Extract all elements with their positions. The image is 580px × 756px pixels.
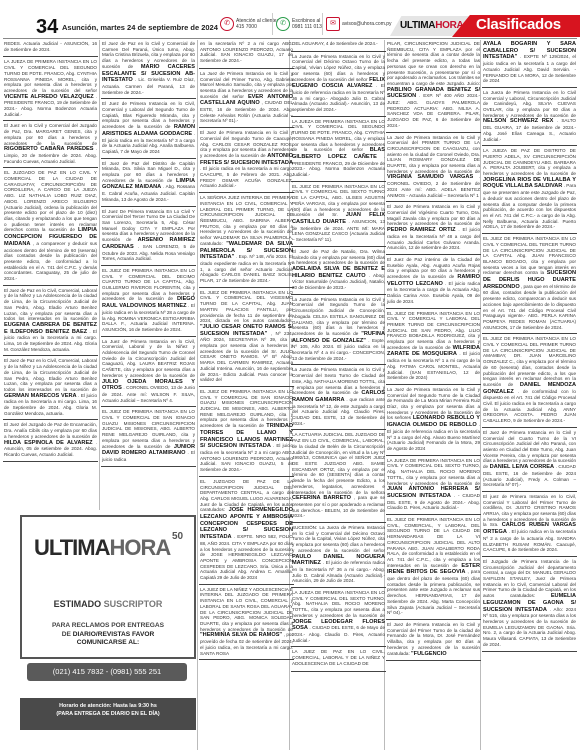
page-number: 34 bbox=[36, 16, 58, 39]
classified-ad: EL JUEZ DE PRIMERA INSTANCIA EN LO CIVIL… bbox=[101, 408, 196, 466]
classified-ad: El Juez de Paz en lo Civil, Comercial, L… bbox=[3, 287, 98, 357]
classified-ad: El Juez de Paz del Distrito de Capitán M… bbox=[101, 160, 196, 207]
classified-ad: La Juez de Primera Instancia en lo Civil… bbox=[386, 386, 481, 456]
ad-text: El Juez de Paz en lo Civil, Comercial, L… bbox=[4, 358, 97, 392]
classifieds-column-5: PILAR, CIRCUNSCRIPCION JUDICIAL DE ÑEEMB… bbox=[386, 40, 481, 662]
classified-ad: El Juez del Juzgado de Paz de Encarnació… bbox=[3, 421, 98, 461]
ad-text: EL JUEZ DE PRIMERA INSTANCIA EN LO CIVIL… bbox=[483, 336, 576, 387]
classified-ad: DEL AGUARAY, 4 de Setiembre de 2024.- bbox=[291, 40, 386, 52]
classified-ad: El Juez de Paz en lo Civil y Comercial d… bbox=[101, 40, 196, 99]
ad-text: SUCESIÓN: La Jueza de Primera Instancia … bbox=[292, 525, 385, 553]
ad-text: DEL AGUARAY, 4 de Setiembre de 2024.- bbox=[292, 41, 378, 46]
classifieds-column-3: en la secretaría Nº 2 a mi cargo ABG. AN… bbox=[199, 40, 294, 661]
subscriber-promo: ULTIMAHORA 50 ESTIMADO SUSCRIPTOR PARA R… bbox=[20, 515, 196, 659]
promo-body: PARA RECLAMOS POR ENTREGAS DE DIARIO/REV… bbox=[22, 622, 194, 648]
decedent-name: GERMAN MARECOS VERA bbox=[4, 393, 77, 399]
classifieds-column-2: El Juez de Paz en lo Civil y Comercial d… bbox=[101, 40, 196, 468]
column-divider bbox=[197, 40, 198, 750]
classified-ad: La Jueza de Primera Instancia en lo Civi… bbox=[291, 53, 386, 117]
classified-ad: AYALA BOGARIN Y SARA CABALLERO S/ SUCESI… bbox=[482, 40, 577, 88]
section-banner: Clasificados bbox=[452, 15, 580, 37]
classified-ad: LA JUEZA DE PAZ DE DISTRITO DE PUERTO AD… bbox=[482, 147, 577, 234]
decedent-name: VIRGINIA SAMUDIO VARGAS bbox=[387, 174, 473, 180]
ad-text: EL JUEZ DE PRIMERA INSTANCIA EN LO CIVIL… bbox=[387, 517, 480, 568]
ad-text: PILAR, CIRCUNSCRIPCION JUDICIAL DE ÑEEMB… bbox=[387, 41, 480, 86]
ad-text: . EXPTE. NRO 582, FOLIO 88, AÑO 2024. CI… bbox=[200, 534, 293, 580]
classified-ad: El Juez de Primera Instancia en lo Civil… bbox=[101, 100, 196, 158]
ad-text: El Juez en lo Civil y Comercial del Juzg… bbox=[4, 123, 97, 145]
classified-ad: LA JUEZA DE PRIMERA INSTANCIA EN LO CIVI… bbox=[3, 58, 98, 121]
decedent-name: EUGENIA CABRERA DE BENITEZ E ILDEFONSO B… bbox=[4, 322, 97, 335]
classifieds-column-1: REDES. Actuaria Judicial - ASUNCIÓN, 16 … bbox=[3, 40, 98, 463]
classifieds-column-4: DEL AGUARAY, 4 de Setiembre de 2024.- La… bbox=[291, 40, 386, 673]
classified-ad: La Juez de Primera Instancia en lo Civil… bbox=[386, 134, 481, 203]
ad-text: EL JUZGADO DE PAZ EN LO CIVIL Y COMERCIA… bbox=[4, 170, 97, 232]
classified-ad: El juez de Primera Instancia en lo Civil… bbox=[482, 493, 577, 557]
ad-text: LA JUEZA DE PRIMERA INSTANCIA EN LO CIVI… bbox=[4, 59, 97, 93]
classified-ad: La Jueza de Primera Instancia en lo Civi… bbox=[482, 89, 577, 146]
classified-ad: El Juez de Primera Instancia en lo Civil… bbox=[386, 203, 481, 255]
classified-ad: La Juez de Primera Instancia en lo Civil… bbox=[101, 338, 196, 408]
ad-text: LA JUEZA DE PAZ DE DISTRITO DE PUERTO AD… bbox=[483, 148, 576, 176]
decedent-name: PEDRO RAMIREZ ORTIZ bbox=[387, 227, 456, 233]
whatsapp-icon: ✆ bbox=[276, 17, 290, 31]
classified-ad: EL JUEZ DE PRIMERA INSTANCIA EN LO CIVIL… bbox=[386, 310, 481, 385]
ultimahora-logo: ULTIMAHORA bbox=[34, 535, 170, 561]
anniversary-badge: 50 bbox=[172, 531, 183, 542]
classified-ad: El Juez de Paz interino de la Ciudad de … bbox=[386, 256, 481, 309]
classified-ad: El Juez de Paz en lo Civil, Comercial, L… bbox=[3, 357, 98, 420]
classified-ad: EL JUEZ DE PRIMERA INSTANCIA EN LO CIVIL… bbox=[482, 335, 577, 428]
classified-ad: El Juzgado de Primera Instancia de la Ci… bbox=[482, 558, 577, 652]
classified-ad: EL JUEZ DE PRIMERA INSTANCIA EN LO CIVIL… bbox=[482, 235, 577, 334]
ad-text: en la secretaría Nº 2 a mi cargo ABG. AN… bbox=[200, 41, 293, 63]
classified-ad: El Juez de Primera Instancia en lo Civil… bbox=[386, 621, 481, 661]
promo-service-hours: Horario de atención: Hasta las 9:30 hs (… bbox=[20, 698, 196, 730]
ad-text: , a comparecer y deducir sus acciones de… bbox=[4, 241, 97, 281]
ad-text: LA JUEZA DE PRIMERA INSTANCIA EN LO CIVI… bbox=[292, 590, 385, 618]
classified-ad: La Jueza de Primera Instancia en lo Civi… bbox=[291, 366, 386, 430]
classified-ad: El Juez en lo Civil y Comercial del Juzg… bbox=[3, 122, 98, 168]
section-title: Clasificados bbox=[476, 16, 561, 33]
ad-text: . Año: 2024 Nº 515, cita y emplaza por s… bbox=[483, 607, 576, 647]
classified-ad: El Juez de Paz de Natalio, Dra. Wilma Sa… bbox=[291, 248, 386, 295]
decedent-name: "HERMINIA SILVA DE RAMOS" bbox=[200, 632, 282, 638]
ad-text: , para que en el término de 60 días, con… bbox=[483, 284, 576, 330]
phone-icon: ✆ bbox=[220, 17, 234, 31]
decedent-name: JORGELINA RIOS DE VILLALBA Y ROQUE VILLA… bbox=[483, 177, 576, 190]
classified-ad: LA JUEZ DE PAZ EN LO CIVIL, COMERCIAL, L… bbox=[291, 648, 386, 671]
classified-ad: El Juez De Primera Instancia En Lo Civil… bbox=[101, 208, 196, 266]
customer-service-contact: ✆ Atención al cliente: 415 7000 bbox=[220, 13, 278, 35]
classifieds-column-6: AYALA BOGARIN Y SARA CABALLERO S/ SUCESI… bbox=[482, 40, 577, 653]
classified-ad: EL JUZGADO DE PAZ EN LO CIVIL Y COMERCIA… bbox=[3, 169, 98, 285]
classified-ad: EL JUZGADO DE PAZ DE LA CIRCUNSCRIPCION … bbox=[199, 478, 294, 585]
classified-ad: EL JUEZ DE PRIMERA INSTANCIA EN LO CIVIL… bbox=[199, 289, 294, 387]
whatsapp-contact: ✆ Escribinos al 0981 111 013 bbox=[272, 13, 322, 35]
classified-ad: PILAR, CIRCUNSCRIPCION JUDICIAL DE ÑEEMB… bbox=[386, 40, 481, 133]
classified-ad: El Juez de Primera Instancia en lo Civil… bbox=[482, 429, 577, 492]
ad-text: EL JUEZ DE PRIMERA INSTANCIA EN LO CIVIL… bbox=[200, 290, 293, 324]
ad-text: El Juez de Paz de Natalio, Dra. Wilma Sa… bbox=[292, 249, 385, 265]
classified-ad: EL JUEZ DE PRIMERA INSTANCIA EN LO CIVIL… bbox=[199, 388, 294, 477]
classified-ad: EL JUEZ DE PRIMERA INSTANCIA EN LO CIVIL… bbox=[291, 183, 386, 247]
ad-text: , para que dentro del plazo de sesenta (… bbox=[387, 569, 480, 615]
mail-icon: ✉ bbox=[326, 17, 340, 31]
ad-text: LA ACTUARIA JUDICIAL DEL JUZGADO DE PAZ … bbox=[292, 432, 385, 494]
classified-ad: LA SEÑORA JUEZ INTERINA DE PRIMERA INSTA… bbox=[199, 194, 294, 288]
classified-ad: LA JUEZA DE PRIMERA INSTANCIA EN LO CIVI… bbox=[386, 457, 481, 515]
ad-text: . Para que se presenten ante este Juzgad… bbox=[483, 183, 576, 229]
classified-ad: SUCESIÓN: La Jueza de Primera Instancia … bbox=[291, 524, 386, 588]
ad-text: LA JUEZA DE PRIMERA INSTANCIA EN LO CIVI… bbox=[387, 458, 480, 486]
decedent-name: HILDA ESPINOLA DE ALVAREZ bbox=[4, 440, 93, 446]
classified-ad: El Juez de Primera Instancia en lo Civil… bbox=[199, 129, 294, 193]
ad-text: La Juez de Primera Instancia en lo Civil… bbox=[387, 135, 480, 174]
classified-ad: LA JUEZA DE PRIMERA INSTANCIA EN LO CIVI… bbox=[291, 118, 386, 182]
ad-text: El Juez de Paz en lo Civil, Comercial, L… bbox=[4, 288, 97, 322]
email-contact[interactable]: ✉ avisos@uhora.com.py bbox=[322, 13, 392, 35]
classified-ad: La Jueza de Primera Instancia en lo Civi… bbox=[291, 296, 386, 366]
decedent-name: CEFERINA BARRETO bbox=[292, 495, 351, 501]
ad-text: La Juez de Primera Instancia en lo Civil… bbox=[102, 339, 195, 378]
brand-logo: ULTIMAHORA bbox=[400, 20, 463, 31]
ad-text: . El juicio radica en la secretaría a mi… bbox=[200, 166, 293, 188]
decedent-name: NELSON SCHWERZ REX bbox=[483, 118, 553, 124]
decedent-name: DANIEL LEIVA CORREA bbox=[490, 464, 554, 470]
classified-ad: EL JUEZ DE PRIMERA INSTANCIA EN LO CIVIL… bbox=[386, 516, 481, 620]
ad-text: , Nº 234, AÑO 2024, SECRETARIA Nº 39, ci… bbox=[200, 331, 293, 383]
ad-text: La Jueza de Primera Instancia en lo Civi… bbox=[483, 90, 576, 118]
promo-phone-numbers[interactable]: (021) 415 7832 - (0981) 555 251 bbox=[27, 663, 187, 681]
classified-ad: LA ACTUARIA JUDICIAL DEL JUZGADO DE PAZ … bbox=[291, 431, 386, 523]
ad-text: LA JUEZ DE LA NIÑEZ Y ADOLESCENCIA E INT… bbox=[200, 587, 293, 632]
decedent-name: RIGOBERTO CABAÑA PAREDES bbox=[4, 146, 93, 152]
promo-title: ESTIMADO SUSCRIPTOR bbox=[22, 599, 194, 609]
classified-ad: en la secretaría Nº 2 a mi cargo ABG. AN… bbox=[199, 40, 294, 69]
classified-ad: LA JUEZ DE LA NIÑEZ Y ADOLESCENCIA E INT… bbox=[199, 586, 294, 660]
page-date: Asunción, martes 24 de septiembre de 202… bbox=[62, 23, 218, 32]
ad-text: REDES. Actuaria Judicial - ASUNCIÓN, 16 … bbox=[4, 41, 97, 52]
ad-text: El Juez de Primera Instancia en lo Civil… bbox=[387, 204, 480, 226]
classified-ad: REDES. Actuaria Judicial - ASUNCIÓN, 16 … bbox=[3, 40, 98, 57]
page-header: 34 Asunción, martes 24 de septiembre de … bbox=[0, 0, 580, 38]
classified-ad: EL JUEZ DE PRIMERA INSTANCIA EN LO CIVIL… bbox=[101, 267, 196, 337]
header-divider bbox=[3, 38, 577, 39]
ad-text: El Juez del Juzgado de Paz de Encarnació… bbox=[4, 422, 97, 438]
decedent-name: "FULGENCIO bbox=[411, 651, 447, 657]
classified-ad: LA JUEZA DE PRIMERA INSTANCIA EN LO CIVI… bbox=[291, 589, 386, 647]
ad-text: LA SEÑORA JUEZ INTERINA DE PRIMERA INSTA… bbox=[200, 195, 293, 246]
decedent-name: VICENTE ALFREDO VELAZQUEZ bbox=[4, 94, 94, 100]
classified-ad: La Juez de Primera Instancia en lo Civil… bbox=[199, 70, 294, 128]
ad-text: LA JUEZ DE PAZ EN LO CIVIL, COMERCIAL, L… bbox=[292, 649, 385, 665]
